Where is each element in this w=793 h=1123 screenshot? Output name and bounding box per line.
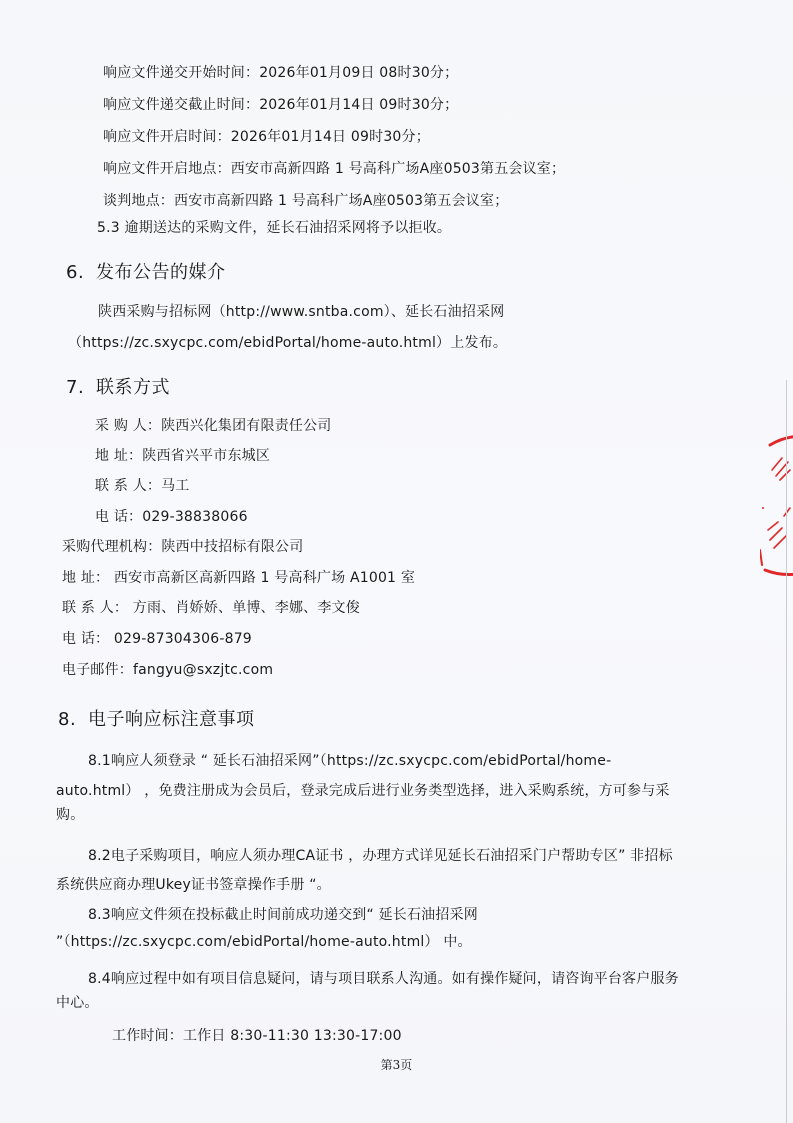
section-number: 6. (66, 262, 96, 284)
agency-phone: 电 话： 029-87304306-879 (62, 630, 252, 648)
submission-start-time: 响应文件递交开始时间：2026年01月09日 08时30分； (103, 64, 458, 82)
section-number: 8. (58, 709, 88, 731)
late-submission-note: 5.3 逾期送达的采购文件，延长石油招采网将予以拒收。 (97, 219, 451, 237)
agency-email: 电子邮件：fangyu@sxzjtc.com (62, 661, 273, 679)
note-8-3-line-2: ”（https://zc.sxycpc.com/ebidPortal/home-… (56, 933, 472, 951)
negotiation-location: 谈判地点：西安市高新四路 1 号高科广场A座0503第五会议室； (103, 192, 508, 210)
purchaser-name: 采 购 人：陕西兴化集团有限责任公司 (95, 417, 332, 435)
section-number: 7. (66, 377, 96, 399)
agency-contact: 联 系 人： 方雨、肖娇娇、单博、李娜、李文俊 (62, 599, 360, 617)
section-7-heading: 7.联系方式 (66, 377, 170, 399)
agency-name: 采购代理机构：陕西中技招标有限公司 (62, 538, 303, 556)
document-page: 响应文件递交开始时间：2026年01月09日 08时30分； 响应文件递交截止时… (0, 0, 793, 1123)
section-6-heading: 6.发布公告的媒介 (66, 262, 226, 284)
opening-location: 响应文件开启地点：西安市高新四路 1 号高科广场A座0503第五会议室； (103, 160, 565, 178)
note-8-3-line-1: 8.3响应文件须在投标截止时间前成功递交到“ 延长石油招采网 (88, 906, 478, 924)
note-8-1-line-2: auto.html） ，免费注册成为会员后，登录完成后进行业务类型选择，进入采购… (56, 782, 670, 800)
purchaser-address: 地 址：陕西省兴平市东城区 (95, 447, 270, 465)
note-8-1-line-1: 8.1响应人须登录 “ 延长石油招采网”（https://zc.sxycpc.c… (88, 752, 611, 770)
agency-address: 地 址： 西安市高新区高新四路 1 号高科广场 A1001 室 (62, 569, 415, 587)
section-title: 电子响应标注意事项 (88, 709, 255, 730)
opening-time: 响应文件开启时间：2026年01月14日 09时30分； (103, 128, 430, 146)
page-edge-divider (786, 380, 787, 1123)
section-8-heading: 8.电子响应标注意事项 (58, 709, 255, 731)
media-line-1: 陕西采购与招标网（http://www.sntba.com）、延长石油招采网 (98, 303, 504, 321)
section-title: 发布公告的媒介 (96, 262, 226, 283)
note-8-2-line-1: 8.2电子采购项目，响应人须办理CA证书 ，办理方式详见延长石油招采门户帮助专区… (88, 847, 673, 865)
submission-deadline: 响应文件递交截止时间：2026年01月14日 09时30分； (103, 96, 458, 114)
note-8-1-line-3: 购。 (56, 806, 84, 824)
note-8-2-line-2: 系统供应商办理Ukey证书签章操作手册 “。 (56, 876, 331, 894)
purchaser-phone: 电 话：029-38838066 (95, 508, 248, 526)
page-number: 第3页 (0, 1056, 793, 1073)
note-8-4-line-1: 8.4响应过程中如有项目信息疑问，请与项目联系人沟通。如有操作疑问，请咨询平台客… (88, 970, 679, 988)
red-seal-stamp-icon (760, 430, 793, 580)
media-line-2: （https://zc.sxycpc.com/ebidPortal/home-a… (68, 334, 507, 352)
section-title: 联系方式 (96, 377, 170, 398)
note-8-4-line-2: 中心。 (56, 994, 99, 1012)
purchaser-contact: 联 系 人：马工 (95, 477, 190, 495)
working-hours: 工作时间：工作日 8:30-11:30 13:30-17:00 (112, 1027, 402, 1045)
